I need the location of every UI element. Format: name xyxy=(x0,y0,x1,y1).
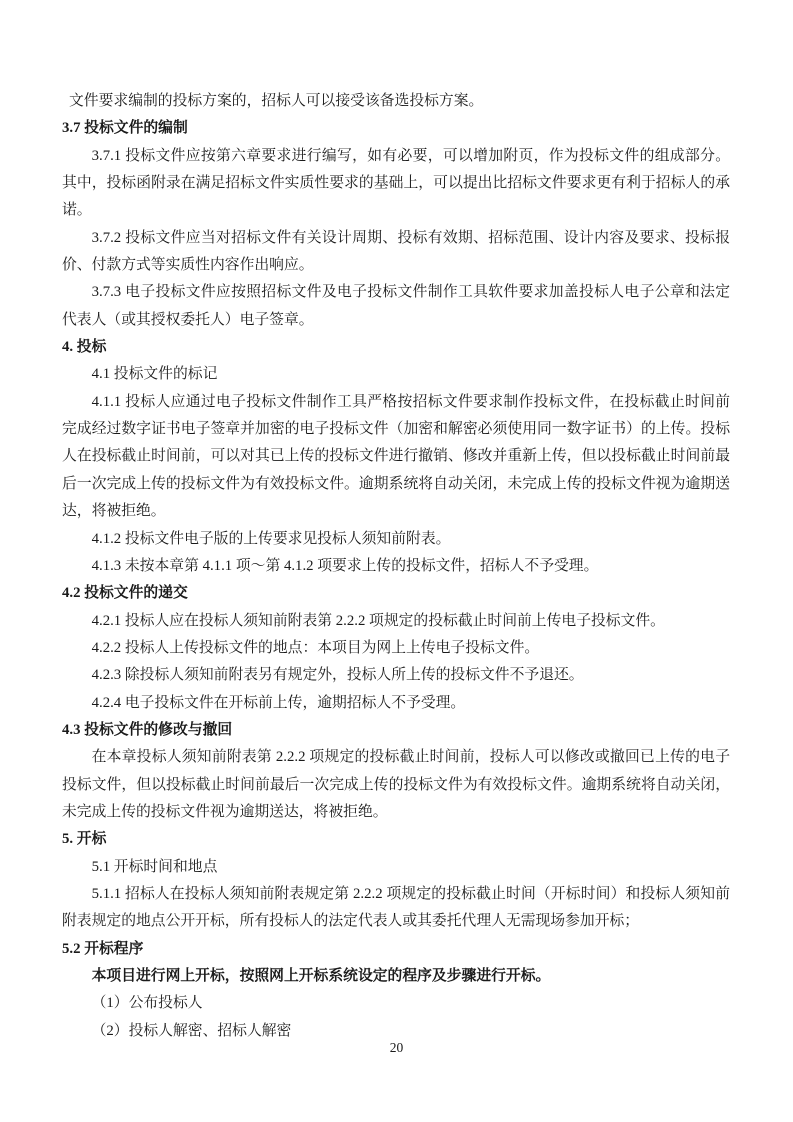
clause-3-7-1: 3.7.1 投标文件应按第六章要求进行编写，如有必要，可以增加附页，作为投标文件… xyxy=(62,143,730,225)
document-page: 文件要求编制的投标方案的，招标人可以接受该备选投标方案。 3.7 投标文件的编制… xyxy=(0,0,793,1122)
clause-4-1-2: 4.1.2 投标文件电子版的上传要求见投标人须知前附表。 xyxy=(62,526,730,553)
heading-4-2: 4.2 投标文件的递交 xyxy=(62,580,730,607)
heading-5: 5. 开标 xyxy=(62,826,730,853)
clause-5-1-1: 5.1.1 招标人在投标人须知前附表规定第 2.2.2 项规定的投标截止时间（开… xyxy=(62,881,730,936)
heading-5-2: 5.2 开标程序 xyxy=(62,936,730,963)
clause-4-1-3: 4.1.3 未按本章第 4.1.1 项～第 4.1.2 项要求上传的投标文件，招… xyxy=(62,553,730,580)
subheading-4-1: 4.1 投标文件的标记 xyxy=(62,361,730,388)
heading-3-7: 3.7 投标文件的编制 xyxy=(62,115,730,142)
document-content: 文件要求编制的投标方案的，招标人可以接受该备选投标方案。 3.7 投标文件的编制… xyxy=(62,88,730,1045)
clause-4-2-4: 4.2.4 电子投标文件在开标前上传，逾期招标人不予受理。 xyxy=(62,690,730,717)
page-number: 20 xyxy=(0,1040,793,1056)
clause-4-1-1: 4.1.1 投标人应通过电子投标文件制作工具严格按招标文件要求制作投标文件，在投… xyxy=(62,389,730,526)
clause-4-2-1: 4.2.1 投标人应在投标人须知前附表第 2.2.2 项规定的投标截止时间前上传… xyxy=(62,608,730,635)
clause-5-2-body: 本项目进行网上开标，按照网上开标系统设定的程序及步骤进行开标。 xyxy=(62,963,730,990)
clause-4-2-3: 4.2.3 除投标人须知前附表另有规定外，投标人所上传的投标文件不予退还。 xyxy=(62,662,730,689)
clause-4-2-2: 4.2.2 投标人上传投标文件的地点：本项目为网上上传电子投标文件。 xyxy=(62,635,730,662)
paragraph-continuation: 文件要求编制的投标方案的，招标人可以接受该备选投标方案。 xyxy=(62,88,730,115)
subheading-5-1: 5.1 开标时间和地点 xyxy=(62,854,730,881)
heading-4-3: 4.3 投标文件的修改与撤回 xyxy=(62,717,730,744)
clause-4-3-body: 在本章投标人须知前附表第 2.2.2 项规定的投标截止时间前，投标人可以修改或撤… xyxy=(62,744,730,826)
heading-4: 4. 投标 xyxy=(62,334,730,361)
list-item-1: （1）公布投标人 xyxy=(62,990,730,1017)
clause-3-7-3: 3.7.3 电子投标文件应按照招标文件及电子投标文件制作工具软件要求加盖投标人电… xyxy=(62,279,730,334)
clause-3-7-2: 3.7.2 投标文件应当对招标文件有关设计周期、投标有效期、招标范围、设计内容及… xyxy=(62,225,730,280)
